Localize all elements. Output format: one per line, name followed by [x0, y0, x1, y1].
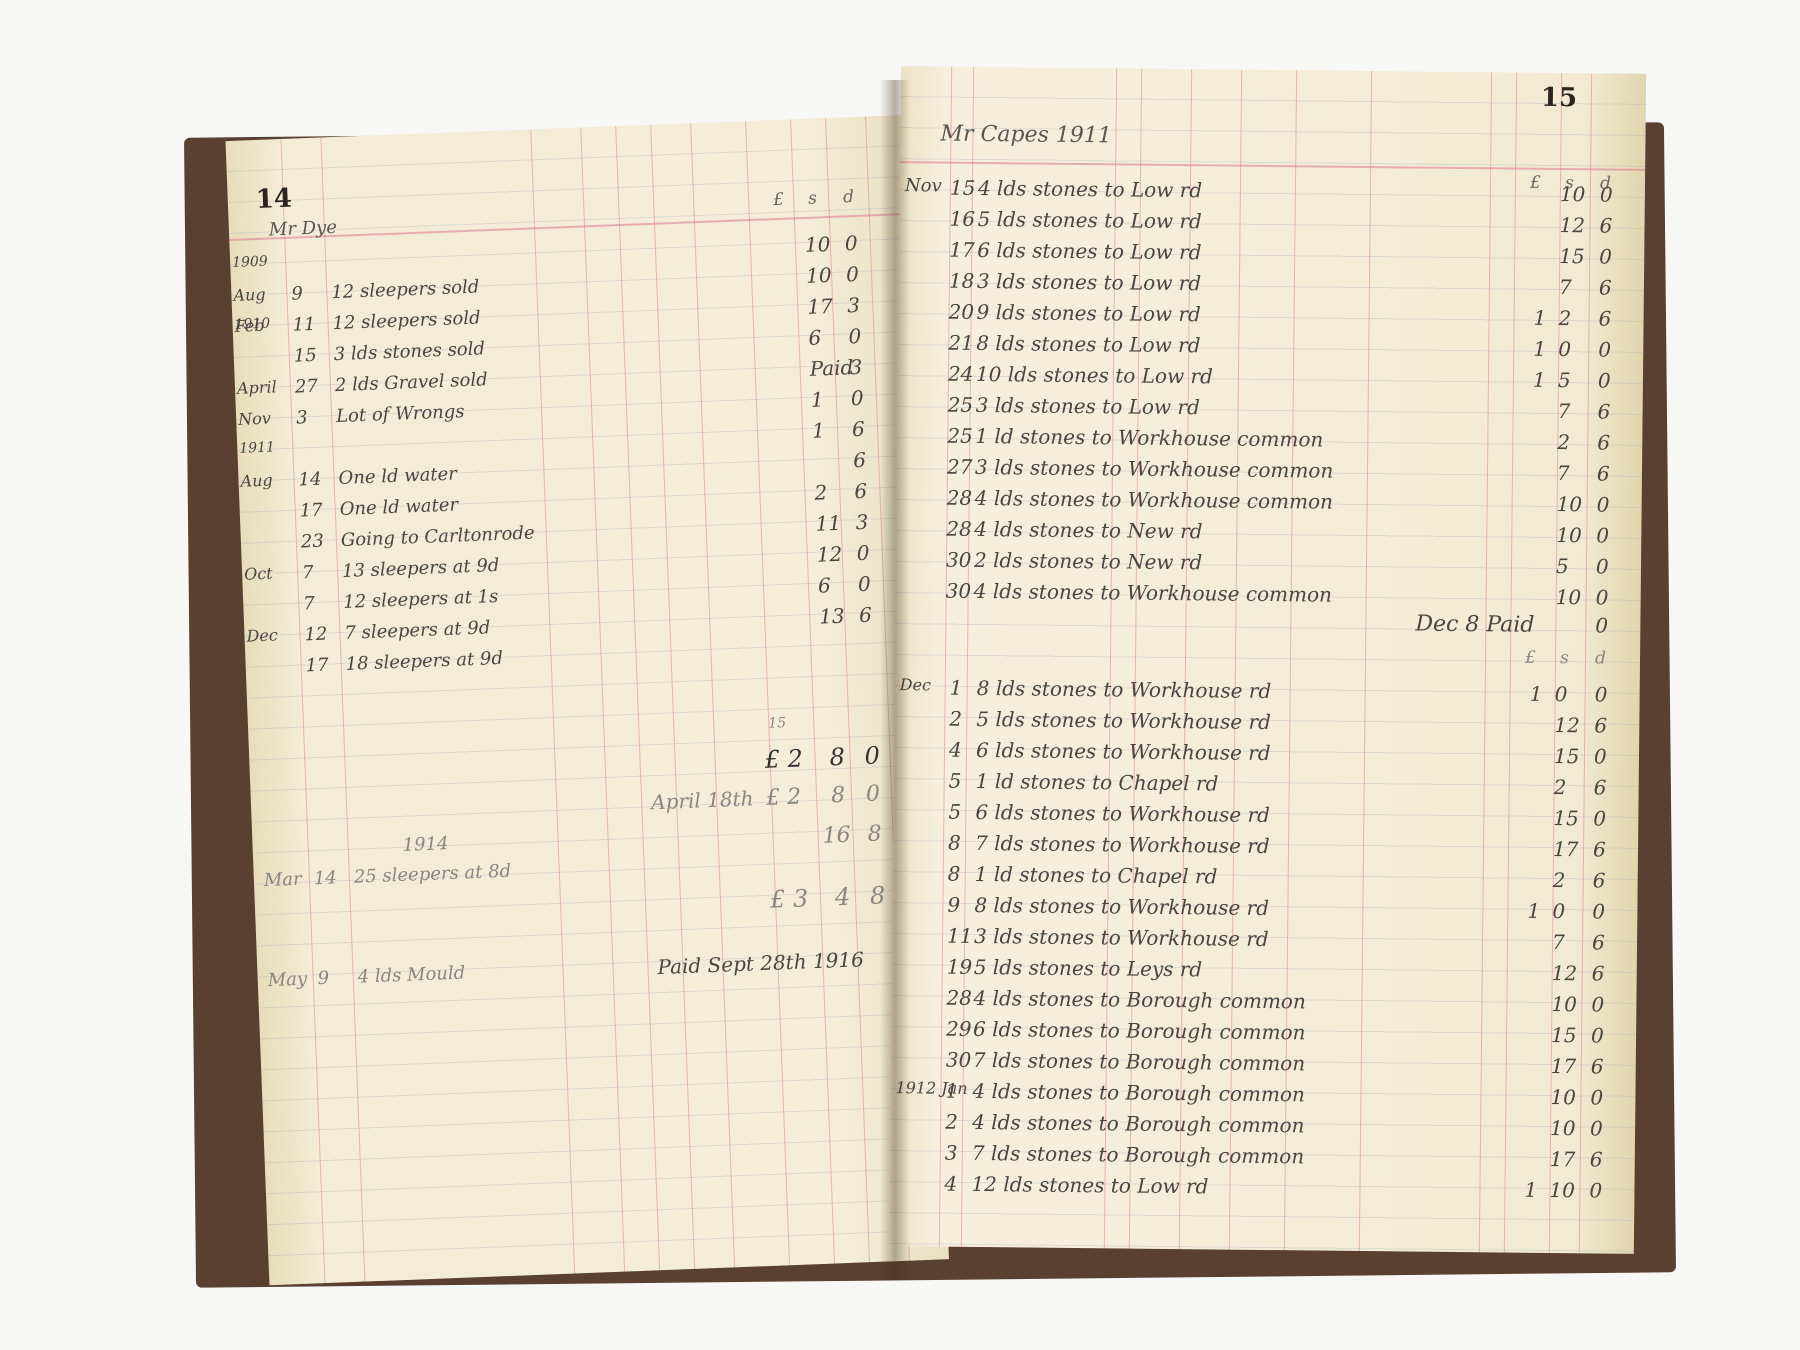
entry-description: 4 lds stones to Low rd [978, 176, 1202, 202]
entry-day: 9 [947, 893, 960, 917]
entry-shillings: 10 [1550, 1116, 1576, 1140]
year-1914: 1914 [402, 833, 449, 856]
subtotal-pounds: £ 2 [764, 744, 803, 773]
entry-day: 4 [949, 738, 962, 762]
entry-day: 28 [946, 986, 972, 1010]
entry-description: 4 lds stones to Workhouse common [974, 579, 1333, 607]
entry-pence: 0 [1591, 992, 1604, 1016]
entry-pence: 0 [1590, 1116, 1603, 1140]
entry-day: 15 [950, 176, 976, 200]
entry-shillings: 1 [810, 387, 824, 411]
entry-day: 4 [944, 1172, 957, 1196]
entry-pence: 3 [855, 510, 869, 534]
margin-note: 15 [768, 715, 786, 732]
entry-pence: 0 [1597, 492, 1610, 516]
entry-pence: 6 [1599, 275, 1612, 299]
entry-day: 7 [303, 593, 315, 614]
entry-pence: 0 [1592, 899, 1605, 923]
account-name: Mr Dye [269, 217, 338, 241]
entry-day: 17 [305, 655, 329, 677]
entry-shillings: 10 [1549, 1178, 1575, 1202]
entry-day: 27 [947, 455, 973, 479]
entry-month: Aug [240, 471, 273, 491]
entry-description: 7 lds stones to Workhouse rd [975, 831, 1270, 858]
entry-day: 12 [304, 624, 328, 646]
entry-shillings: 0 [1555, 682, 1568, 706]
right-page: 15 Mr Capes 1911 £ s d Nov154 lds stones… [889, 66, 1646, 1254]
pence-header-2: d [1595, 648, 1606, 668]
entry-shillings: 2 [1554, 775, 1567, 799]
entry-day: 9 [291, 283, 303, 304]
page-number: 14 [255, 184, 292, 215]
entry-day: 3 [945, 1141, 958, 1165]
entry-description: 7 sleepers at 9d [344, 617, 491, 644]
pence-header: d [843, 187, 855, 207]
entry-pence: 0 [1596, 554, 1609, 578]
entry-pence: 6 [1594, 775, 1607, 799]
entry-day: 2 [949, 707, 962, 731]
entry-pence: 6 [853, 448, 867, 472]
entry-description: 3 lds stones sold [333, 338, 485, 365]
entry-pence: 6 [1590, 1147, 1603, 1171]
entry-shillings: 11 [815, 511, 841, 536]
entry-shillings: 10 [1560, 182, 1586, 206]
entry-day: 28 [947, 486, 973, 510]
entry-shillings: 10 [1550, 1085, 1576, 1109]
april-note: April 18th [651, 786, 754, 814]
entry-day: 25 [948, 393, 974, 417]
entry-pence: 6 [1591, 1054, 1604, 1078]
entry-pounds: 1 [1533, 337, 1546, 361]
entry-day: 25 [947, 424, 973, 448]
entry-shillings: 15 [1554, 744, 1580, 768]
entry-pence: 6 [1598, 306, 1611, 330]
entry-pounds: 1 [1530, 682, 1543, 706]
entry-shillings: Paid [809, 355, 854, 381]
entry-shillings: 7 [1559, 275, 1572, 299]
entry-pence: 0 [1590, 1085, 1603, 1109]
entry-shillings: 2 [1553, 868, 1566, 892]
entry-description: 12 lds stones to Low rd [971, 1172, 1208, 1198]
entry-description: 5 lds stones to Workhouse rd [976, 707, 1271, 734]
account-name: Mr Capes 1911 [940, 122, 1112, 149]
entry-shillings: 2 [1557, 430, 1570, 454]
entry-pence: 0 [850, 386, 864, 410]
entry-day: 23 [301, 531, 325, 553]
entry-day: 1 [945, 1079, 958, 1103]
later-month: May [267, 969, 307, 991]
entry-description: 2 lds stones to New rd [974, 548, 1202, 574]
entry-shillings: 12 [816, 542, 842, 567]
entry-description: Going to Carltonrode [341, 523, 535, 551]
entry-description: 6 lds stones to Workhouse rd [975, 800, 1270, 827]
entry-pounds: 1 [1533, 306, 1546, 330]
entry-description: 9 lds stones to Low rd [977, 300, 1201, 326]
entry-month: Nov [905, 175, 942, 196]
entry-description: 8 lds stones to Low rd [976, 331, 1200, 357]
entry-shillings: 0 [1552, 899, 1565, 923]
entry-shillings: 12 [1559, 213, 1585, 237]
entry-description: Lot of Wrongs [336, 401, 465, 427]
entry-pence: 0 [1594, 744, 1607, 768]
entry-day: 19 [947, 955, 973, 979]
entry-pence: 6 [854, 479, 868, 503]
entry-description: 1 ld stones to Chapel rd [976, 769, 1219, 796]
entry-pence: 6 [1597, 430, 1610, 454]
pounds-header-2: £ [1525, 648, 1536, 668]
entry-description: 10 lds stones to Low rd [976, 362, 1213, 388]
entry-day: 5 [948, 800, 961, 824]
entry-shillings: 17 [1553, 837, 1579, 861]
entry-day: 29 [946, 1017, 972, 1041]
entry-shillings: 10 [806, 263, 832, 288]
entry-shillings: 15 [1553, 806, 1579, 830]
entry-shillings: 12 [1554, 713, 1580, 737]
entry-description: 3 lds stones to Low rd [976, 393, 1200, 419]
entry-shillings: 2 [1558, 306, 1571, 330]
grand-total-pounds: £ 3 [769, 884, 808, 913]
shillings-header: s [808, 188, 817, 208]
subtotal-pence: 0 [864, 741, 880, 770]
entry-description: 4 lds stones to New rd [974, 517, 1202, 543]
entry-day: 17 [299, 500, 323, 522]
entry-pence: 6 [1597, 461, 1610, 485]
entry-pence: 0 [844, 231, 858, 255]
left-page: 14 Mr Dye £ s d 1909100Aug912 sleepers s… [226, 115, 949, 1285]
entry-shillings: 5 [1556, 554, 1569, 578]
entry-pence: 0 [856, 541, 870, 565]
entry-day: 1 [950, 676, 963, 700]
entry-pence: 6 [1592, 961, 1605, 985]
entry-month: Feb [234, 316, 265, 336]
entry-pence: 0 [1598, 368, 1611, 392]
entry-day: 30 [946, 548, 972, 572]
entry-shillings: 10 [1556, 523, 1582, 547]
entry-description: 2 lds Gravel sold [335, 369, 488, 396]
entry-pence: 0 [848, 324, 862, 348]
entry-month: Oct [244, 564, 273, 584]
entry-description: 12 sleepers sold [331, 276, 480, 303]
entry-day: 24 [948, 362, 974, 386]
grand-total-shillings: 4 [834, 883, 850, 912]
entry-month: Nov [238, 409, 271, 429]
entry-shillings: 13 [819, 604, 845, 629]
entry-shillings: 17 [1551, 1054, 1577, 1078]
entry-day: 8 [948, 862, 961, 886]
entry-pence: 0 [1596, 585, 1609, 609]
entry-day: 28 [946, 517, 972, 541]
entry-shillings: 7 [1552, 930, 1565, 954]
paid-note: Dec 8 Paid [1415, 612, 1534, 638]
page-number: 15 [1541, 83, 1577, 113]
entry-description: 8 lds stones to Workhouse rd [977, 676, 1272, 703]
entry-pence: 6 [1597, 399, 1610, 423]
paid-pence: 0 [1595, 613, 1608, 637]
entry-pence: 0 [858, 572, 872, 596]
entry-shillings: 10 [1551, 992, 1577, 1016]
entry-day: 5 [949, 769, 962, 793]
entry-pence: 0 [1599, 244, 1612, 268]
entry-shillings: 0 [1558, 337, 1571, 361]
subtotal-shillings: 8 [829, 743, 845, 772]
entry-month: Dec [246, 625, 278, 645]
entry-shillings: 5 [1558, 368, 1571, 392]
entry-description: 4 lds stones to Workhouse common [975, 486, 1334, 514]
later-day: 9 [317, 968, 329, 989]
entry-pence: 0 [1593, 806, 1606, 830]
entry-description: 13 sleepers at 9d [342, 555, 500, 582]
entry-description: 12 sleepers at 1s [343, 586, 499, 613]
entry-description: 8 lds stones to Workhouse rd [974, 893, 1269, 920]
entry-pence: 0 [846, 262, 860, 286]
shillings-header-2: s [1560, 648, 1569, 668]
entry-pence: 6 [1599, 213, 1612, 237]
entry-pence: 6 [852, 417, 866, 441]
entry-description: One ld water [339, 494, 458, 520]
entry-year: 1911 [239, 439, 275, 456]
entry-description: 1 ld stones to Workhouse common [975, 424, 1323, 452]
entry-month: Aug [233, 285, 266, 305]
entry-description: 5 lds stones to Leys rd [974, 955, 1203, 981]
spine [880, 80, 910, 1280]
entry-pence: 0 [1589, 1178, 1602, 1202]
entry-description: 3 lds stones to Workhouse common [975, 455, 1334, 483]
entry-pence: 0 [1596, 523, 1609, 547]
later-day: 14 [313, 867, 337, 889]
entry-shillings: 1 [812, 418, 826, 442]
entry-description: 18 sleepers at 9d [345, 648, 503, 675]
entry-day: 17 [949, 238, 975, 262]
entry-day: 20 [949, 300, 975, 324]
entry-shillings: 17 [807, 294, 833, 319]
entry-description: 3 lds stones to Workhouse rd [974, 924, 1269, 951]
entry-day: 18 [949, 269, 975, 293]
entry-shillings: 15 [1551, 1023, 1577, 1047]
extra-shillings: 16 [822, 823, 851, 849]
entry-pence: 0 [1591, 1023, 1604, 1047]
entry-shillings: 7 [1557, 461, 1570, 485]
entry-shillings: 10 [1557, 492, 1583, 516]
entry-description: 4 lds stones to Borough common [972, 1110, 1305, 1137]
entry-month: April [237, 377, 277, 398]
entry-description: 5 lds stones to Low rd [977, 207, 1201, 233]
entry-shillings: 12 [1552, 961, 1578, 985]
entry-shillings: 15 [1559, 244, 1585, 268]
entry-pence: 0 [1595, 682, 1608, 706]
later-month: Mar [264, 869, 303, 891]
entry-shillings: 10 [804, 232, 830, 257]
entry-day: 30 [946, 1048, 972, 1072]
entry-description: 3 lds stones to Low rd [977, 269, 1201, 295]
entry-description: 1 ld stones to Chapel rd [975, 862, 1218, 889]
entry-day: 2 [945, 1110, 958, 1134]
april-pence: 0 [866, 781, 881, 807]
entry-day: 8 [948, 831, 961, 855]
entry-description: 12 sleepers sold [332, 307, 481, 334]
entry-shillings: 7 [1557, 399, 1570, 423]
entry-year: 1909 [232, 254, 268, 271]
entry-day: 14 [298, 469, 322, 491]
entry-day: 11 [292, 314, 316, 336]
april-shillings: 8 [831, 783, 846, 809]
entry-day: 15 [293, 345, 317, 367]
entry-pounds: 1 [1524, 1178, 1537, 1202]
entry-description: One ld water [338, 463, 457, 489]
entry-day: 27 [295, 376, 319, 398]
entry-pence: 6 [1592, 930, 1605, 954]
entry-pounds: 1 [1527, 899, 1540, 923]
april-pounds: £ 2 [766, 785, 802, 811]
entry-pence: 6 [1594, 713, 1607, 737]
entry-description: 4 lds stones to Borough common [973, 986, 1306, 1013]
entry-shillings: 6 [808, 325, 822, 349]
entry-description: 6 lds stones to Borough common [973, 1017, 1306, 1044]
entry-day: 7 [302, 562, 314, 583]
entry-shillings: 17 [1550, 1147, 1576, 1171]
entry-day: 30 [946, 579, 972, 603]
entry-day: 3 [296, 407, 308, 428]
entry-description: 6 lds stones to Workhouse rd [976, 738, 1271, 765]
entry-description: 7 lds stones to Borough common [972, 1141, 1305, 1168]
entry-pence: 6 [1593, 837, 1606, 861]
entry-pence: 0 [1600, 182, 1613, 206]
entry-shillings: 2 [814, 480, 828, 504]
later-description: 4 lds Mould [357, 963, 465, 988]
entry-pence: 6 [859, 603, 873, 627]
entry-pence: 6 [1593, 868, 1606, 892]
entry-description: 7 lds stones to Borough common [973, 1048, 1306, 1075]
entry-day: 11 [947, 924, 973, 948]
entry-description: 6 lds stones to Low rd [977, 238, 1201, 264]
entry-day: 21 [948, 331, 974, 355]
pounds-header: £ [773, 190, 785, 210]
entry-shillings: 10 [1556, 585, 1582, 609]
entry-pounds: 1 [1533, 368, 1546, 392]
entry-pence: 3 [849, 355, 863, 379]
entry-day: 16 [949, 207, 975, 231]
entry-pence: 3 [847, 293, 861, 317]
entry-pence: 0 [1598, 337, 1611, 361]
entry-shillings: 6 [818, 573, 832, 597]
entry-description: 4 lds stones to Borough common [972, 1079, 1305, 1106]
